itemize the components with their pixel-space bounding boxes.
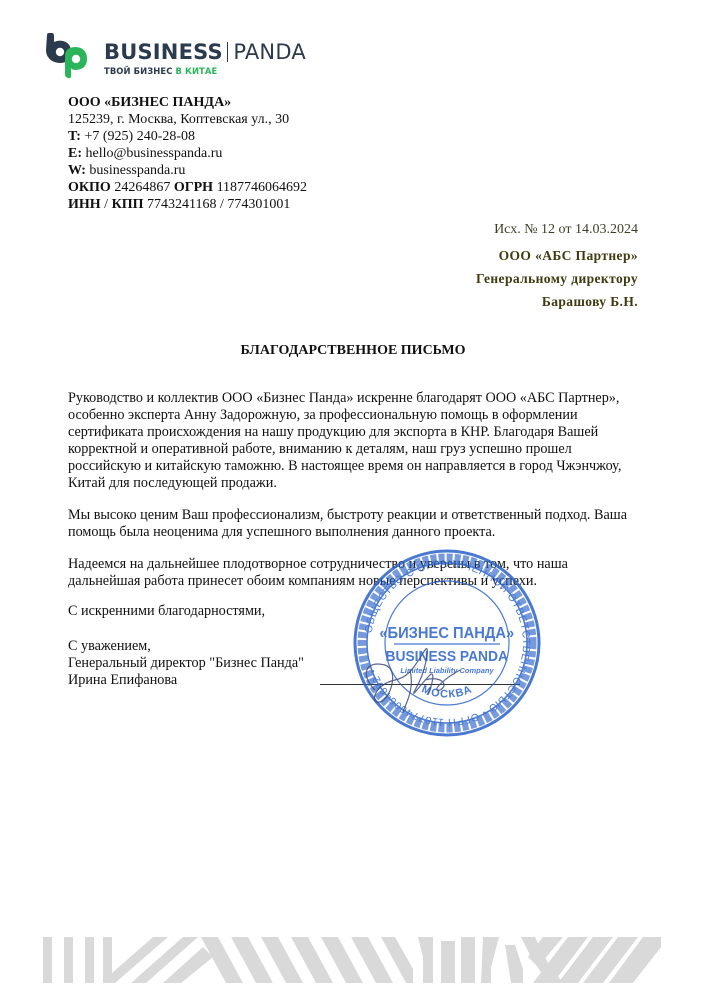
- signer-name: Ирина Епифанова: [68, 672, 304, 689]
- text-line: сертификата происхождения на нашу продук…: [68, 424, 648, 441]
- recipient-name: Барашову Б.Н.: [542, 294, 638, 310]
- inn-value: 7743241168: [147, 197, 216, 212]
- company-details: ООО «БИЗНЕС ПАНДА» 125239, г. Москва, Ко…: [68, 94, 307, 213]
- tagline-dark: ТВОЙ БИЗНЕС: [104, 66, 172, 76]
- company-website[interactable]: businesspanda.ru: [89, 163, 185, 178]
- kpp-value: 774301001: [227, 197, 290, 212]
- ogrn-label: ОГРН: [174, 180, 213, 195]
- logo-tagline: ТВОЙ БИЗНЕС В КИТАЕ: [104, 66, 217, 76]
- outgoing-reference: Исх. № 12 от 14.03.2024: [494, 222, 638, 238]
- inn-label: ИНН: [68, 197, 101, 212]
- recipient-position: Генеральному директору: [476, 271, 638, 287]
- company-web-row: W: businesspanda.ru: [68, 162, 307, 179]
- logo-separator: [227, 42, 229, 62]
- body-paragraph-2: Мы высоко ценим Ваш профессионализм, быс…: [68, 507, 648, 541]
- handwritten-signature: [355, 630, 475, 715]
- text-line: Мы высоко ценим Ваш профессионализм, быс…: [68, 507, 648, 524]
- company-email[interactable]: hello@businesspanda.ru: [86, 146, 223, 161]
- company-logo: BUSINESSPANDA ТВОЙ БИЗНЕС В КИТАЕ: [44, 33, 314, 81]
- company-okpo-ogrn-row: ОКПО 24264867 ОГРН 1187746064692: [68, 179, 307, 196]
- company-phone: +7 (925) 240-28-08: [84, 129, 195, 144]
- ogrn-value: 1187746064692: [217, 180, 307, 195]
- logo-word-business: BUSINESS: [104, 40, 223, 64]
- company-inn-kpp-row: ИНН / КПП 7743241168 / 774301001: [68, 196, 307, 213]
- okpo-value: 24264867: [114, 180, 170, 195]
- letter-title: БЛАГОДАРСТВЕННОЕ ПИСЬМО: [0, 343, 706, 359]
- tagline-green: В КИТАЕ: [176, 66, 218, 76]
- kpp-label: КПП: [112, 197, 144, 212]
- body-paragraph-1: Руководство и коллектив ООО «Бизнес Панд…: [68, 390, 648, 492]
- logo-wordmark: BUSINESSPANDA: [104, 41, 306, 63]
- inn-kpp-value-separator: /: [220, 197, 224, 212]
- regards-text: С уважением,: [68, 638, 304, 655]
- logo-word-panda: PANDA: [233, 40, 306, 64]
- company-phone-row: T: +7 (925) 240-28-08: [68, 128, 307, 145]
- text-line: корректной и оперативной работе, внимани…: [68, 441, 648, 458]
- okpo-label: ОКПО: [68, 180, 111, 195]
- phone-label: T:: [68, 129, 81, 144]
- company-email-row: E: hello@businesspanda.ru: [68, 145, 307, 162]
- text-line: российскую и китайскую таможню. В настоя…: [68, 458, 648, 475]
- web-label: W:: [68, 163, 86, 178]
- footer-pattern: [43, 937, 661, 983]
- text-line: Китай для последующей продажи.: [68, 475, 648, 492]
- email-label: E:: [68, 146, 82, 161]
- text-line: Руководство и коллектив ООО «Бизнес Панд…: [68, 390, 648, 407]
- inn-kpp-separator: /: [104, 197, 108, 212]
- recipient-company: ООО «АБС Партнер»: [499, 248, 638, 264]
- panda-logo-icon: [44, 33, 94, 79]
- text-line: особенно эксперта Анну Задорожную, за пр…: [68, 407, 648, 424]
- closing-phrase: С искренними благодарностями,: [68, 603, 265, 620]
- company-address: 125239, г. Москва, Коптевская ул., 30: [68, 111, 307, 128]
- signer-position: Генеральный директор "Бизнес Панда": [68, 655, 304, 672]
- company-name: ООО «БИЗНЕС ПАНДА»: [68, 95, 231, 110]
- text-line: помощь была неоценима для успешного выпо…: [68, 524, 648, 541]
- signature-block: С уважением, Генеральный директор "Бизне…: [68, 638, 304, 689]
